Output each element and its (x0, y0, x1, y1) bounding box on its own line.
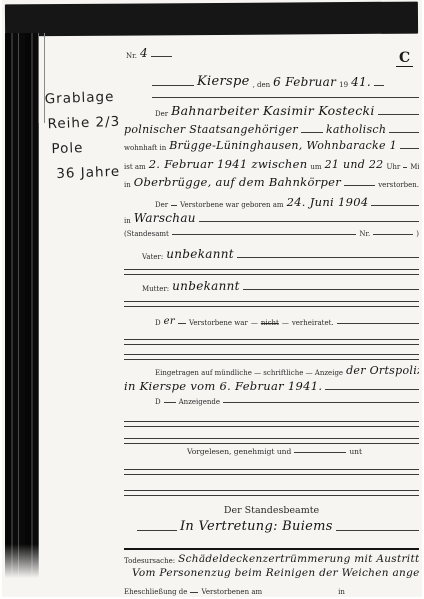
uhr-label: Uhr (386, 163, 400, 171)
book-binding-strip (5, 33, 39, 578)
death-date: 2. Februar 1941 zwischen (149, 157, 308, 171)
birth-date: 24. Juni 1904 (287, 195, 369, 209)
mother-label: Mutter: (142, 285, 169, 293)
born-label-a: Der (155, 201, 168, 209)
death-cause-row: Todesursache: Schädeldeckenzertrümmerung… (124, 553, 419, 565)
photo-background: Grablage Reihe 2/3 Pole 36 Jahre Nr. 4 C… (2, 0, 422, 597)
registrar-title: Der Standesbeamte (224, 505, 319, 516)
birth-in-label: in (124, 217, 131, 225)
margin-pole: Pole (46, 135, 122, 163)
dateline-rule (152, 97, 419, 98)
registrar-signature-row: In Vertretung: Buiems (137, 519, 419, 534)
margin-reihe: Reihe 2/3 (45, 110, 121, 138)
birth-place: Warschau (134, 211, 196, 225)
dateline-year-prefix: 19 (339, 81, 348, 89)
margin-grablage: Grablage (44, 85, 120, 113)
standesamt-nr-label: Nr. (359, 230, 370, 238)
registration-row: Eingetragen auf mündliche — schriftliche… (155, 364, 419, 377)
rule (124, 354, 419, 360)
father-label: Vater: (142, 253, 163, 261)
record-number-value: 4 (140, 46, 148, 60)
registration-reporter: der Ortspolizeibehör (346, 364, 419, 377)
residence: Brügge-Lüninghausen, Wohnbaracke 1 (169, 139, 397, 152)
margin-alter: 36 Jahre (47, 160, 123, 188)
rule (124, 438, 419, 444)
record-number-label: Nr. (126, 52, 137, 60)
born-label-b: Verstorbene war geboren am (180, 201, 283, 209)
rule (124, 421, 419, 427)
dateline-den-label: , den (253, 81, 271, 89)
decedent-name: Bahnarbeiter Kasimir Kostecki (171, 103, 375, 118)
death-cause-line2: Vom Personenzug beim Reinigen der Weiche… (132, 567, 419, 579)
decedent-name-row: Der Bahnarbeiter Kasimir Kostecki (155, 103, 419, 118)
marital-row: D er Verstorbene war — nicht — verheirat… (155, 316, 419, 327)
death-hour: 21 und 22 (325, 158, 384, 171)
death-cause-label: Todesursache: (124, 557, 175, 565)
vorgelesen-row: Vorgelesen, genehmigt und unterschrieben (187, 447, 362, 456)
birth-date-row: Der Verstorbene war geboren am 24. Juni … (155, 195, 419, 209)
scanned-death-record: Grablage Reihe 2/3 Pole 36 Jahre Nr. 4 C… (0, 0, 424, 599)
anzeigende-row: D Anzeigende (155, 398, 419, 406)
rule (124, 469, 419, 475)
residence-label: wohnhaft in (124, 144, 166, 152)
dateline-row: Kierspe , den 6 Februar 19 41. (152, 74, 419, 89)
death-cause-row2: Vom Personenzug beim Reinigen der Weiche… (132, 567, 419, 579)
death-place-row: in Oberbrügge, auf dem Bahnkörper versto… (124, 175, 419, 189)
residence-row: wohnhaft in Brügge-Lüninghausen, Wohnbar… (124, 139, 419, 152)
death-cause-line1: Schädeldeckenzertrümmerung mit Austritt … (178, 553, 419, 565)
standesamt-paren: ) (416, 230, 419, 238)
footer-b: Verstorbenen am (201, 588, 262, 596)
marital-verheiratet: verheiratet. (292, 319, 334, 327)
marital-d-label: D (155, 319, 161, 327)
nationality-row: polnischer Staatsangehöriger katholisch (124, 123, 419, 136)
section-divider-rule (124, 548, 419, 550)
footer-a: Eheschließung de (124, 588, 187, 596)
dateline-date: 6 Februar (273, 75, 336, 89)
vorgelesen-a: Vorgelesen, genehmigt und (187, 447, 291, 456)
died-on-label: ist am (124, 163, 146, 171)
um-label: um (310, 163, 321, 171)
stamp-letter: C (396, 50, 413, 67)
father-value: unbekannt (166, 247, 234, 261)
registration-entry: in Kierspe vom 6. Februar 1941. (124, 379, 322, 393)
rule (124, 490, 419, 496)
dash: — (251, 319, 258, 327)
margin-annotation: Grablage Reihe 2/3 Pole 36 Jahre (44, 85, 122, 188)
registrar-title-row: Der Standesbeamte (124, 505, 419, 516)
dateline-year: 41. (351, 75, 371, 89)
religion: katholisch (326, 123, 386, 136)
father-row: Vater: unbekannt (142, 247, 419, 261)
in-label: in (124, 181, 131, 189)
standesamt-label: (Standesamt (124, 230, 169, 238)
dash: — (282, 319, 289, 327)
dateline-place: Kierspe (197, 74, 250, 89)
der-label: Der (155, 110, 168, 118)
standesamt-row: (Standesamt Nr. ) (124, 230, 419, 238)
marital-er-hand: er (164, 316, 175, 327)
registration-printed: Eingetragen auf mündliche — schriftliche… (155, 369, 343, 377)
rule (124, 339, 419, 345)
minuten-label: Minuten (410, 163, 419, 171)
mother-value: unbekannt (172, 279, 240, 293)
record-number-row: Nr. 4 (126, 46, 172, 60)
anzeigende-d-label: D (155, 398, 161, 406)
anzeigende-label: Anzeigende (179, 398, 220, 406)
vorgelesen-b: unterschrieben (349, 447, 362, 456)
registration-entry-row: in Kierspe vom 6. Februar 1941. (124, 379, 419, 393)
footer-c: in (338, 588, 345, 596)
scan-black-bar (5, 2, 418, 37)
footer-row: Eheschließung de Verstorbenen am in (124, 588, 419, 596)
death-datetime-row: ist am 2. Februar 1941 zwischen um 21 un… (124, 157, 419, 171)
marital-nicht-struck: nicht (261, 319, 279, 327)
mother-row: Mutter: unbekannt (142, 279, 419, 293)
rule (124, 301, 419, 307)
death-place: Oberbrügge, auf dem Bahnkörper (134, 175, 341, 189)
birth-place-row: in Warschau (124, 211, 419, 225)
nationality: polnischer Staatsangehöriger (124, 123, 298, 136)
marital-text: Verstorbene war (189, 319, 248, 327)
verstorben-label: verstorben. (378, 181, 419, 189)
registrar-signature: In Vertretung: Buiems (180, 519, 333, 534)
rule (124, 269, 419, 275)
